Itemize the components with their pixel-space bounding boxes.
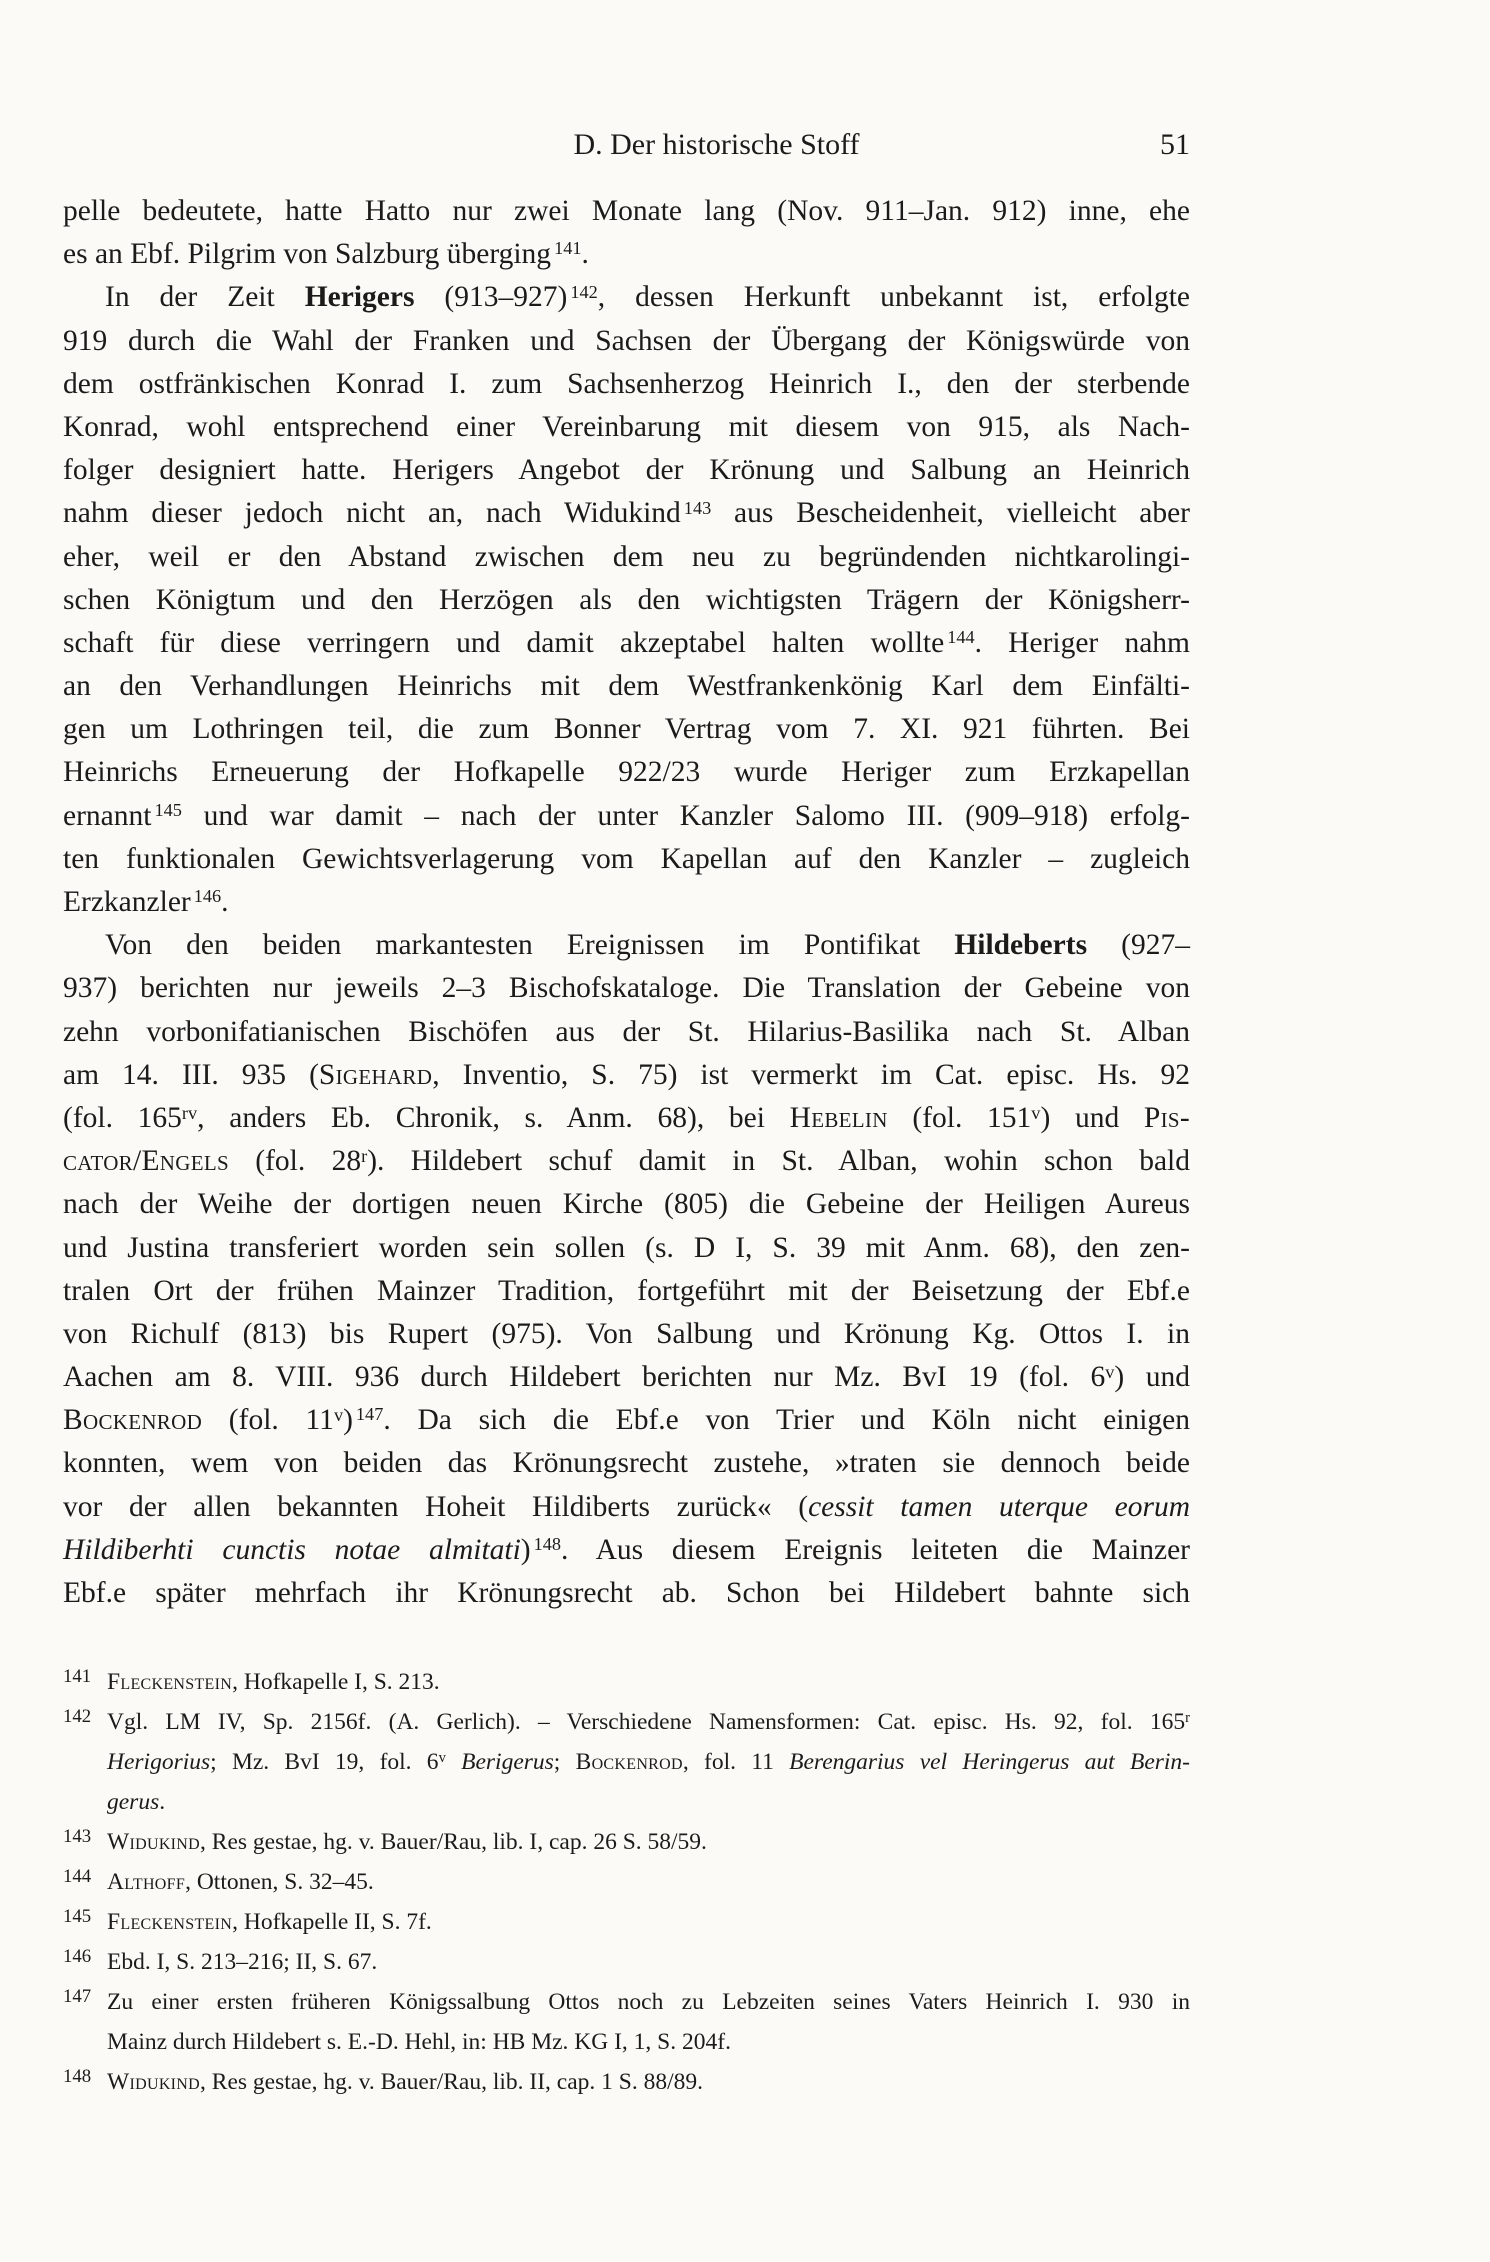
footnote-line: 145Fleckenstein, Hofkapelle II, S. 7f.: [63, 1902, 1190, 1942]
text-line: und Justina transferiert worden sein sol…: [63, 1227, 1190, 1270]
text-line: ten funktionalen Gewichtsverlagerung vom…: [63, 838, 1190, 881]
text-run: es an Ebf. Pilgrim von Salzburg überging: [63, 238, 551, 270]
footnote-line: 141Fleckenstein, Hofkapelle I, S. 213.: [63, 1662, 1190, 1702]
text-line: tralen Ort der frühen Mainzer Tradition,…: [63, 1270, 1190, 1313]
superscript-letter: v: [439, 1750, 446, 1766]
text-run: , dessen Herkunft unbekannt ist, erfolgt…: [598, 281, 1190, 313]
text-run: . Heriger nahm: [975, 627, 1190, 659]
text-run: Bockenrod: [63, 1404, 202, 1436]
text-run: ;: [554, 1749, 576, 1775]
superscript-letter: r: [361, 1146, 367, 1166]
text-line: dem ostfränkischen Konrad I. zum Sachsen…: [63, 363, 1190, 406]
text-run: .: [221, 886, 228, 918]
footnote-ref: 146: [194, 886, 221, 906]
footnote-line: Herigorius; Mz. BvI 19, fol. 6v Berigeru…: [63, 1742, 1190, 1782]
text-line: es an Ebf. Pilgrim von Salzburg überging…: [63, 233, 1190, 276]
text-line: Hildiberhti cunctis notae almitati)148. …: [63, 1529, 1190, 1572]
text-run: ; Mz. BvI 19, fol. 6: [210, 1749, 438, 1775]
footnote-line: 147Zu einer ersten früheren Königssalbun…: [63, 1982, 1190, 2022]
text-run: . Da sich die Ebf.e von Trier und Köln n…: [383, 1404, 1190, 1436]
text-run: nach der Weihe der dortigen neuen Kirche…: [63, 1188, 1190, 1220]
footnote-ref: 145: [154, 800, 181, 820]
text-run: Althoff: [107, 1869, 185, 1895]
text-run: Fleckenstein: [107, 1909, 232, 1935]
text-run: Zu einer ersten früheren Königssalbung O…: [107, 1989, 1190, 2015]
footnotes: 141Fleckenstein, Hofkapelle I, S. 213.14…: [63, 1662, 1190, 2102]
text-run: In der Zeit: [105, 281, 305, 313]
text-line: von Richulf (813) bis Rupert (975). Von …: [63, 1313, 1190, 1356]
footnote-ref: 144: [947, 627, 974, 647]
footnote-ref: 142: [570, 282, 597, 302]
text-run: ernannt: [63, 800, 151, 832]
text-line: gen um Lothringen teil, die zum Bonner V…: [63, 708, 1190, 751]
text-run: . Aus diesem Ereignis leiteten die Mainz…: [561, 1534, 1190, 1566]
text-run: (fol. 165: [63, 1102, 182, 1134]
text-run: Mainz durch Hildebert s. E.-D. Hehl, in:…: [107, 2029, 731, 2055]
text-run: Pis-: [1144, 1102, 1190, 1134]
text-run: ten funktionalen Gewichtsverlagerung vom…: [63, 843, 1190, 875]
superscript-letter: v: [1105, 1362, 1114, 1382]
text-run: (fol. 11: [202, 1404, 334, 1436]
page-number: 51: [1160, 128, 1190, 162]
text-run: schaft für diese verringern und damit ak…: [63, 627, 944, 659]
text-run: Berengarius vel Heringerus aut Berin-: [789, 1749, 1190, 1775]
footnote-ref: 147: [356, 1404, 383, 1424]
text-run: .: [581, 238, 588, 270]
text-run: gen um Lothringen teil, die zum Bonner V…: [63, 713, 1190, 745]
text-line: schaft für diese verringern und damit ak…: [63, 622, 1190, 665]
section-title: D. Der historische Stoff: [153, 128, 1280, 162]
text-line: Konrad, wohl entsprechend einer Vereinba…: [63, 406, 1190, 449]
text-run: nahm dieser jedoch nicht an, nach Widuki…: [63, 497, 681, 529]
text-run: (fol. 28: [229, 1145, 361, 1177]
text-line: konnten, wem von beiden das Krönungsrech…: [63, 1442, 1190, 1485]
text-line: In der Zeit Herigers (913–927)142, desse…: [63, 276, 1190, 319]
text-line: Bockenrod (fol. 11v)147. Da sich die Ebf…: [63, 1399, 1190, 1442]
text-run: Fleckenstein: [107, 1669, 232, 1695]
text-run: von Richulf (813) bis Rupert (975). Von …: [63, 1318, 1190, 1350]
text-run: ). Hildebert schuf damit in St. Alban, w…: [367, 1145, 1190, 1177]
text-run: , Res gestae, hg. v. Bauer/Rau, lib. I, …: [200, 1829, 707, 1855]
text-run: cator/Engels: [63, 1145, 229, 1177]
text-run: zehn vorbonifatianischen Bischöfen aus d…: [63, 1016, 1190, 1048]
text-run: , Ottonen, S. 32–45.: [185, 1869, 374, 1895]
footnote-line: 142Vgl. LM IV, Sp. 2156f. (A. Gerlich). …: [63, 1702, 1190, 1742]
text-run: Hildiberhti cunctis notae almitati: [63, 1534, 521, 1566]
text-run: Heinrichs Erneuerung der Hofkapelle 922/…: [63, 756, 1190, 788]
text-line: cator/Engels (fol. 28r). Hildebert schuf…: [63, 1140, 1190, 1183]
text-run: (913–927): [414, 281, 567, 313]
text-run: und war damit – nach der unter Kanzler S…: [182, 800, 1190, 832]
text-run: Hildeberts: [954, 929, 1087, 961]
footnote-number: 146: [63, 1937, 107, 1977]
text-run: Widukind: [107, 2069, 200, 2095]
text-run: (927–: [1087, 929, 1190, 961]
footnote-line: 144Althoff, Ottonen, S. 32–45.: [63, 1862, 1190, 1902]
text-run: Ebd. I, S. 213–216; II, S. 67.: [107, 1949, 377, 1975]
text-run: eher, weil er den Abstand zwischen dem n…: [63, 541, 1190, 573]
superscript-letter: v: [1031, 1103, 1040, 1123]
text-run: an den Verhandlungen Heinrichs mit dem W…: [63, 670, 1190, 702]
footnote-number: 142: [63, 1697, 107, 1737]
text-line: am 14. III. 935 (Sigehard, Inventio, S. …: [63, 1054, 1190, 1097]
text-run: , fol. 11: [683, 1749, 789, 1775]
text-run: Widukind: [107, 1829, 200, 1855]
text-run: Herigorius: [107, 1749, 210, 1775]
text-run: Sigehard: [319, 1059, 432, 1091]
text-run: schen Königtum und den Herzögen als den …: [63, 584, 1190, 616]
text-run: Erzkanzler: [63, 886, 191, 918]
text-run: Hebelin: [790, 1102, 888, 1134]
text-line: ernannt145 und war damit – nach der unte…: [63, 795, 1190, 838]
text-line: pelle bedeutete, hatte Hatto nur zwei Mo…: [63, 190, 1190, 233]
text-run: pelle bedeutete, hatte Hatto nur zwei Mo…: [63, 195, 1190, 227]
text-run: folger designiert hatte. Herigers Angebo…: [63, 454, 1190, 486]
text-run: und Justina transferiert worden sein sol…: [63, 1232, 1190, 1264]
footnote-line: 148Widukind, Res gestae, hg. v. Bauer/Ra…: [63, 2062, 1190, 2102]
footnote-number: 143: [63, 1817, 107, 1857]
text-run: aus Bescheidenheit, vielleicht aber: [711, 497, 1190, 529]
text-line: (fol. 165rv, anders Eb. Chronik, s. Anm.…: [63, 1097, 1190, 1140]
body-text: pelle bedeutete, hatte Hatto nur zwei Mo…: [63, 190, 1190, 1615]
text-run: ): [521, 1534, 531, 1566]
text-run: Berigerus: [461, 1749, 554, 1775]
text-line: vor der allen bekannten Hoheit Hildibert…: [63, 1486, 1190, 1529]
text-run: konnten, wem von beiden das Krönungsrech…: [63, 1447, 1190, 1479]
text-run: Konrad, wohl entsprechend einer Vereinba…: [63, 411, 1190, 443]
text-run: Aachen am 8. VIII. 936 durch Hildebert b…: [63, 1361, 1105, 1393]
text-run: .: [159, 1789, 165, 1815]
text-run: , Hofkapelle II, S. 7f.: [232, 1909, 432, 1935]
text-run: Ebf.e später mehrfach ihr Krönungsrecht …: [63, 1577, 1190, 1609]
text-run: , anders Eb. Chronik, s. Anm. 68), bei: [197, 1102, 789, 1134]
page-header: D. Der historische Stoff 51: [63, 128, 1190, 172]
text-line: nach der Weihe der dortigen neuen Kirche…: [63, 1183, 1190, 1226]
text-line: Ebf.e später mehrfach ihr Krönungsrecht …: [63, 1572, 1190, 1615]
footnote-number: 141: [63, 1657, 107, 1697]
text-run: vor der allen bekannten Hoheit Hildibert…: [63, 1491, 808, 1523]
footnote-ref: 148: [534, 1534, 561, 1554]
text-run: , Res gestae, hg. v. Bauer/Rau, lib. II,…: [200, 2069, 703, 2095]
text-run: Von den beiden markantesten Ereignissen …: [105, 929, 954, 961]
footnote-number: 145: [63, 1897, 107, 1937]
text-run: gerus: [107, 1789, 159, 1815]
text-run: Bockenrod: [576, 1749, 683, 1775]
text-line: schen Königtum und den Herzögen als den …: [63, 579, 1190, 622]
text-run: (fol. 151: [888, 1102, 1032, 1134]
text-run: Vgl. LM IV, Sp. 2156f. (A. Gerlich). – V…: [107, 1709, 1185, 1735]
text-run: ) und: [1114, 1361, 1190, 1393]
footnote-number: 148: [63, 2057, 107, 2097]
text-line: 919 durch die Wahl der Franken und Sachs…: [63, 320, 1190, 363]
text-run: 919 durch die Wahl der Franken und Sachs…: [63, 325, 1190, 357]
scanned-book-page: D. Der historische Stoff 51 pelle bedeut…: [0, 0, 1490, 2262]
footnote-line: 146Ebd. I, S. 213–216; II, S. 67.: [63, 1942, 1190, 1982]
text-line: folger designiert hatte. Herigers Angebo…: [63, 449, 1190, 492]
footnote-number: 144: [63, 1857, 107, 1897]
text-line: nahm dieser jedoch nicht an, nach Widuki…: [63, 492, 1190, 535]
text-run: , Inventio, S. 75) ist vermerkt im Cat. …: [432, 1059, 1190, 1091]
text-run: Herigers: [305, 281, 415, 313]
text-line: Von den beiden markantesten Ereignissen …: [63, 924, 1190, 967]
footnote-ref: 143: [684, 498, 711, 518]
footnote-number: 147: [63, 1977, 107, 2017]
text-run: 937) berichten nur jeweils 2–3 Bischofsk…: [63, 972, 1190, 1004]
text-line: an den Verhandlungen Heinrichs mit dem W…: [63, 665, 1190, 708]
text-line: Erzkanzler146.: [63, 881, 1190, 924]
superscript-letter: r: [1185, 1710, 1190, 1726]
text-line: eher, weil er den Abstand zwischen dem n…: [63, 536, 1190, 579]
text-run: dem ostfränkischen Konrad I. zum Sachsen…: [63, 368, 1190, 400]
superscript-letter: v: [334, 1405, 343, 1425]
footnote-line: 143Widukind, Res gestae, hg. v. Bauer/Ra…: [63, 1822, 1190, 1862]
text-line: zehn vorbonifatianischen Bischöfen aus d…: [63, 1011, 1190, 1054]
text-run: [446, 1749, 461, 1775]
text-line: Aachen am 8. VIII. 936 durch Hildebert b…: [63, 1356, 1190, 1399]
footnote-line: gerus.: [63, 1782, 1190, 1822]
superscript-letter: rv: [182, 1103, 197, 1123]
footnote-line: Mainz durch Hildebert s. E.-D. Hehl, in:…: [63, 2022, 1190, 2062]
text-run: tralen Ort der frühen Mainzer Tradition,…: [63, 1275, 1190, 1307]
text-run: cessit tamen uterque eorum: [808, 1491, 1190, 1523]
text-run: ): [343, 1404, 353, 1436]
text-run: am 14. III. 935 (: [63, 1059, 319, 1091]
footnote-ref: 141: [554, 238, 581, 258]
text-line: 937) berichten nur jeweils 2–3 Bischofsk…: [63, 967, 1190, 1010]
text-run: ) und: [1040, 1102, 1143, 1134]
text-run: , Hofkapelle I, S. 213.: [232, 1669, 440, 1695]
text-line: Heinrichs Erneuerung der Hofkapelle 922/…: [63, 751, 1190, 794]
